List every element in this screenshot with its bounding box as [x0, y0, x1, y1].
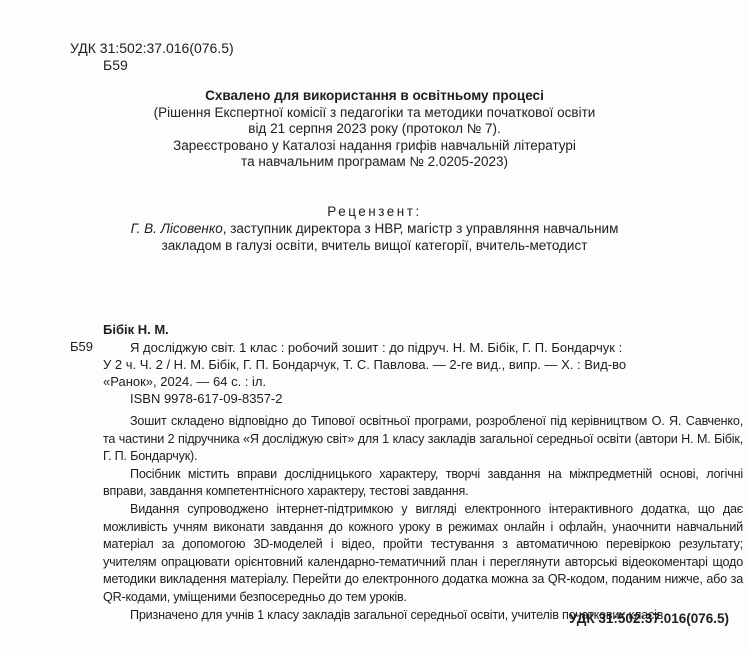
annotation-paragraph: Посібник містить вправи дослідницького х…	[103, 466, 743, 501]
reviewer-line-1: Г. В. Лісовенко, заступник директора з Н…	[0, 220, 749, 237]
reviewer-name: Г. В. Лісовенко	[131, 221, 223, 236]
approval-title: Схвалено для використання в освітньому п…	[0, 88, 749, 105]
author-code-top: Б59	[103, 57, 128, 74]
approval-line: від 21 серпня 2023 року (протокол № 7).	[0, 121, 749, 138]
udk-code-bottom: УДК 31:502:37.016(076.5)	[569, 611, 729, 626]
annotation: Зошит складено відповідно до Типової осв…	[103, 413, 743, 624]
reviewer-block: Рецензент: Г. В. Лісовенко, заступник ди…	[0, 203, 749, 254]
biblio-line: У 2 ч. Ч. 2 / Н. М. Бібік, Г. П. Бондарч…	[103, 356, 743, 373]
author-heading: Бібік Н. М.	[103, 322, 169, 337]
approval-block: Схвалено для використання в освітньому п…	[0, 88, 749, 171]
approval-line: Зареєстровано у Каталозі надання грифів …	[0, 138, 749, 155]
biblio-line: «Ранок», 2024. — 64 с. : іл.	[103, 373, 743, 390]
bibliographic-description: Я досліджую світ. 1 клас : робочий зошит…	[103, 339, 743, 390]
reviewer-line-2: закладом в галузі освіти, вчитель вищої …	[0, 237, 749, 254]
annotation-paragraph: Зошит складено відповідно до Типової осв…	[103, 413, 743, 466]
biblio-line: Я досліджую світ. 1 клас : робочий зошит…	[103, 339, 743, 356]
reviewer-description: , заступник директора з НВР, магістр з у…	[223, 221, 619, 236]
approval-line: та навчальним програмам № 2.0205-2023)	[0, 154, 749, 171]
author-code: Б59	[70, 339, 93, 354]
annotation-paragraph: Видання супроводжено інтернет-підтримкою…	[103, 501, 743, 607]
reviewer-label: Рецензент:	[0, 203, 749, 220]
udk-code-top: УДК 31:502:37.016(076.5)	[70, 40, 234, 57]
approval-line: (Рішення Експертної комісії з педагогіки…	[0, 105, 749, 122]
isbn: ISBN 9978-617-09-8357-2	[130, 391, 283, 406]
